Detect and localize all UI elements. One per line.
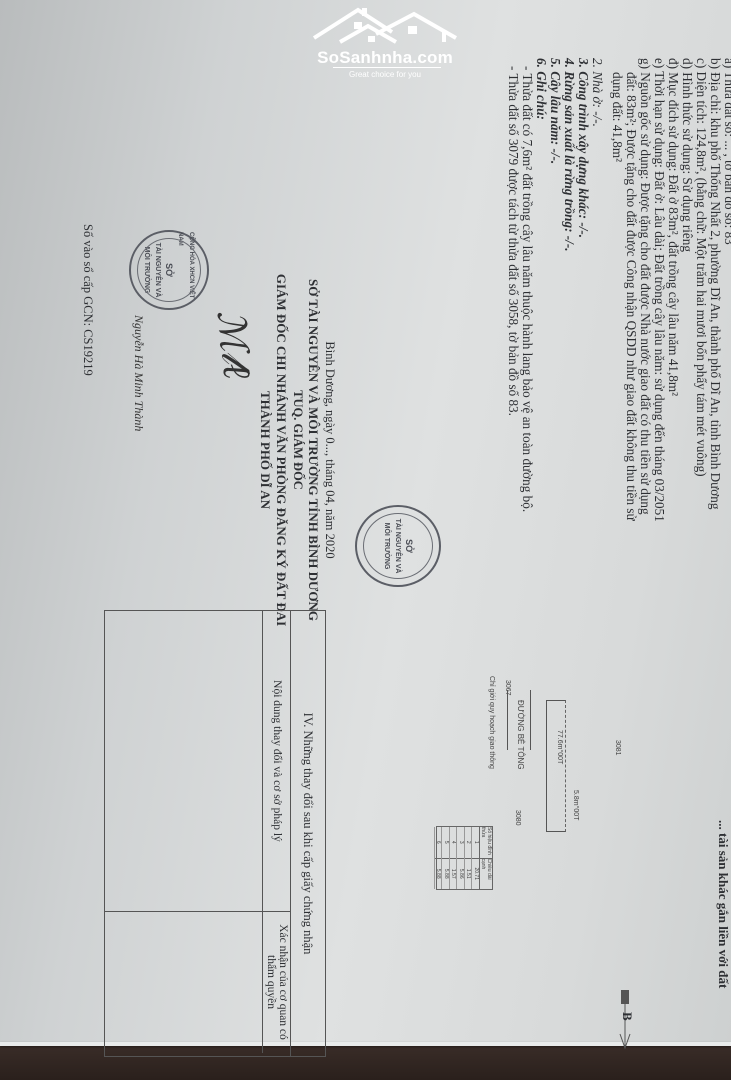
- origin-line-3: dụng đất: 41,8m²: [610, 72, 625, 162]
- perennial-trees-line: 5. Cây lâu năm: -/-.: [548, 58, 563, 164]
- parcel-label-3081: 3081: [614, 740, 621, 756]
- coord-cell: 5.88: [443, 859, 450, 890]
- other-construction-line: 3. Công trình xây dựng khác: -/-.: [576, 58, 591, 238]
- official-seal: CỘNG HÒA XHCN VIỆT NAM SỞ TÀI NGUYÊN VÀ …: [129, 230, 209, 310]
- dimension-2: 5.8m°00T: [572, 790, 579, 820]
- coord-header-length: Chiều dài cạnh: [480, 859, 492, 890]
- notes-heading: 6. Ghi chú:: [534, 58, 549, 120]
- coord-cell: 5.88: [435, 859, 442, 890]
- coord-row: 120.71: [472, 827, 480, 889]
- coordinate-table: Số hiệu đỉnh thửa Chiều dài cạnh 120.712…: [436, 826, 493, 890]
- parcel-outline: [546, 700, 566, 832]
- coord-cell: 5.86: [458, 859, 465, 890]
- usage-term-line: e) Thời hạn sử dụng: Đất ở: Lâu dài; Đất…: [652, 58, 667, 522]
- coord-cell: 1: [473, 827, 480, 859]
- coord-cell: 2: [465, 827, 472, 859]
- parcel-label-3080: 3080: [514, 810, 521, 826]
- origin-line-2: đất: 83m²; Được tặng cho đất được Công n…: [624, 72, 639, 521]
- forest-line: 4. Rừng sản xuất là rừng trồng: -/-.: [562, 58, 577, 252]
- seal-ring: [363, 513, 433, 579]
- coord-row: 41.57: [449, 827, 457, 889]
- usage-form-line: d) Hình thức sử dụng: Sử dụng riêng: [680, 58, 695, 252]
- changes-col-confirm: Xác nhận của cơ quan có thẩm quyền: [262, 911, 291, 1053]
- origin-line-1: g) Nguồn gốc sử dụng: Được tặng cho đất …: [638, 58, 653, 515]
- register-number: Số vào sổ cấp GCN: CS19219: [80, 224, 95, 376]
- on-behalf-of: TUQ. GIÁM ĐỐC: [290, 200, 305, 680]
- house-line: 2. Nhà ở: -/-.: [590, 58, 605, 127]
- area-line: c) Diện tích: 124,8m², (bằng chữ: Một tr…: [694, 58, 709, 477]
- coord-row: 65.88: [434, 827, 442, 889]
- coord-header-vertex: Số hiệu đỉnh thửa: [480, 827, 492, 859]
- note-2: - Thửa đất số 3079 được tách từ thửa đất…: [506, 66, 521, 416]
- coord-row: 21.51: [464, 827, 472, 889]
- changes-table-title: IV. Những thay đổi sau khi cấp giấy chứn…: [290, 611, 325, 1056]
- boundary-note: Chỉ giới quy hoạch giao thông: [488, 676, 495, 769]
- dimension-1: 77.6m°00T: [556, 730, 563, 764]
- table-divider: [105, 911, 291, 912]
- north-arrow: B: [619, 990, 633, 1030]
- address-line: b) Địa chỉ: khu phố Thống Nhất 2, phường…: [708, 58, 723, 509]
- parcel-number-line: a) Thửa đất số: ... , tờ bản đồ số: 83: [722, 58, 731, 245]
- note-1: - Thửa đất có 7,6m² đất trồng cây lâu nă…: [520, 66, 535, 512]
- coord-cell: 20.71: [473, 859, 480, 890]
- map-header: ... tài sản khác gắn liền với đất: [716, 820, 731, 988]
- coord-cell: 5: [443, 827, 450, 859]
- coord-row: 35.86: [457, 827, 465, 889]
- road-label: ĐƯỜNG BÊ TÔNG: [516, 700, 525, 770]
- seal-ring: [137, 238, 201, 302]
- changes-table: IV. Những thay đổi sau khi cấp giấy chứn…: [104, 610, 326, 1057]
- coord-row: 55.88: [442, 827, 450, 889]
- coord-cell: 1.51: [465, 859, 472, 890]
- changes-col-content: Nội dung thay đổi và cơ sở pháp lý: [262, 611, 291, 911]
- coord-cell: 3: [458, 827, 465, 859]
- signer-name: Nguyễn Hà Minh Thành: [131, 315, 146, 431]
- official-seal-2: SỞ TÀI NGUYÊN VÀ MÔI TRƯỜNG: [355, 505, 441, 587]
- coord-cell: 1.57: [450, 859, 457, 890]
- north-label: B: [619, 1012, 635, 1021]
- certificate-page: a) Thửa đất số: ... , tờ bản đồ số: 83 b…: [0, 0, 731, 1044]
- usage-purpose-line: đ) Mục đích sử dụng: Đất ở 83m², đất trồ…: [666, 58, 681, 396]
- coord-cell: 4: [450, 827, 457, 859]
- coord-cell: 6: [435, 827, 442, 859]
- handwritten-signature: ℳ𝓁ℓ: [208, 308, 260, 381]
